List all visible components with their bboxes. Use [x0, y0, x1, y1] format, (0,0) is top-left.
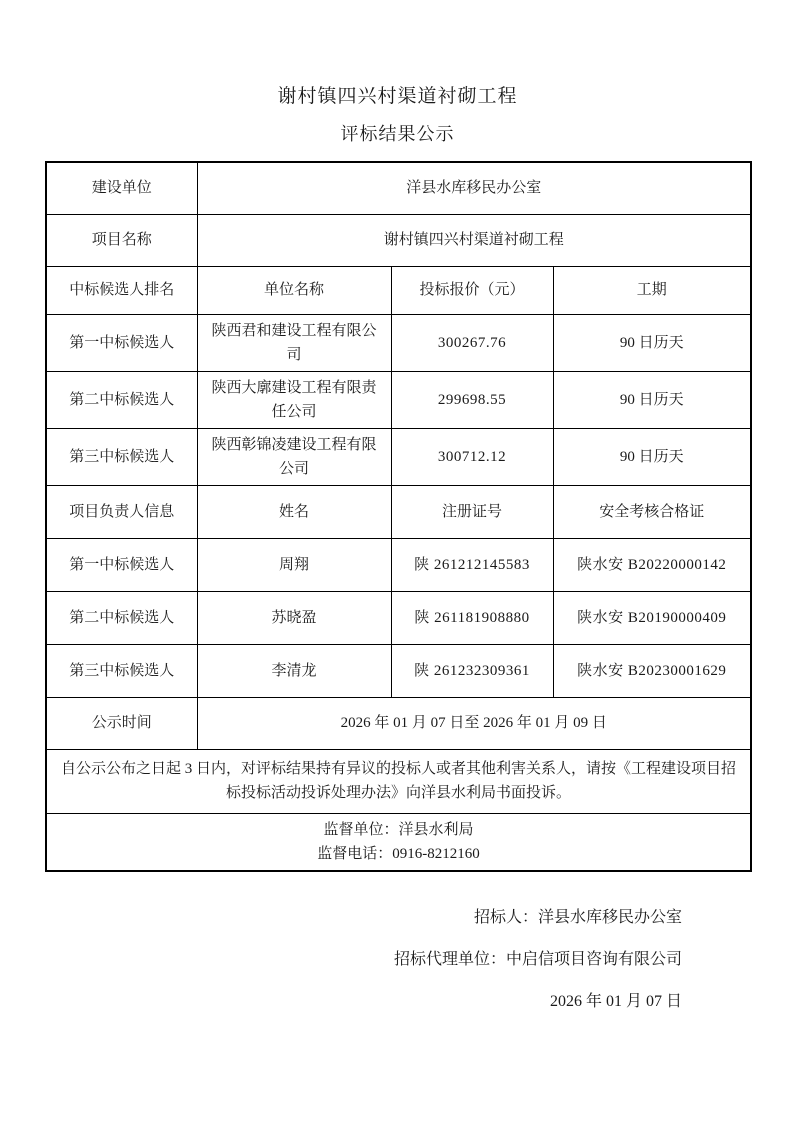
publicity-row: 公示时间 2026 年 01 月 07 日至 2026 年 01 月 09 日: [46, 697, 751, 749]
bid-company: 陕西君和建设工程有限公司: [197, 314, 391, 371]
manager-name: 周翔: [197, 538, 391, 591]
manager-header-row: 项目负责人信息 姓名 注册证号 安全考核合格证: [46, 485, 751, 538]
bid-header-duration: 工期: [553, 266, 751, 314]
bid-price: 300267.76: [391, 314, 553, 371]
bid-header-rank: 中标候选人排名: [46, 266, 197, 314]
manager-safety-cert: 陕水安 B20220000142: [553, 538, 751, 591]
manager-regno: 陕 261212145583: [391, 538, 553, 591]
manager-name: 苏晓盈: [197, 591, 391, 644]
table-row: 建设单位 洋县水库移民办公室: [46, 162, 751, 214]
agency-line: 招标代理单位：中启信项目咨询有限公司: [45, 950, 682, 970]
supervision-row: 监督单位：洋县水利局 监督电话：0916-8212160: [46, 813, 751, 871]
manager-header-name: 姓名: [197, 485, 391, 538]
bid-duration: 90 日历天: [553, 371, 751, 428]
manager-row-3: 第三中标候选人 李清龙 陕 261232309361 陕水安 B20230001…: [46, 644, 751, 697]
complaint-note: 自公示公布之日起 3 日内，对评标结果持有异议的投标人或者其他利害关系人，请按《…: [46, 749, 751, 813]
manager-name: 李清龙: [197, 644, 391, 697]
manager-rank: 第二中标候选人: [46, 591, 197, 644]
bid-company: 陕西彰锦凌建设工程有限公司: [197, 428, 391, 485]
bid-rank: 第二中标候选人: [46, 371, 197, 428]
manager-header-safety: 安全考核合格证: [553, 485, 751, 538]
bid-price: 299698.55: [391, 371, 553, 428]
bid-price: 300712.12: [391, 428, 553, 485]
table-row: 项目名称 谢村镇四兴村渠道衬砌工程: [46, 214, 751, 266]
document-subtitle: 评标结果公示: [45, 124, 750, 145]
complaint-note-row: 自公示公布之日起 3 日内，对评标结果持有异议的投标人或者其他利害关系人，请按《…: [46, 749, 751, 813]
document-page: 谢村镇四兴村渠道衬砌工程 评标结果公示 建设单位 洋县水库移民办公室 项目名称 …: [0, 0, 793, 1122]
publicity-value: 2026 年 01 月 07 日至 2026 年 01 月 09 日: [197, 697, 751, 749]
bid-row-2: 第二中标候选人 陕西大廓建设工程有限责任公司 299698.55 90 日历天: [46, 371, 751, 428]
manager-header-regno: 注册证号: [391, 485, 553, 538]
manager-regno: 陕 261232309361: [391, 644, 553, 697]
bid-rank: 第三中标候选人: [46, 428, 197, 485]
manager-rank: 第三中标候选人: [46, 644, 197, 697]
supervision-unit: 监督单位：洋县水利局: [55, 818, 742, 842]
bid-header-row: 中标候选人排名 单位名称 投标报价（元） 工期: [46, 266, 751, 314]
publicity-label: 公示时间: [46, 697, 197, 749]
manager-regno: 陕 261181908880: [391, 591, 553, 644]
project-name-value: 谢村镇四兴村渠道衬砌工程: [197, 214, 751, 266]
manager-row-1: 第一中标候选人 周翔 陕 261212145583 陕水安 B202200001…: [46, 538, 751, 591]
manager-safety-cert: 陕水安 B20190000409: [553, 591, 751, 644]
date-line: 2026 年 01 月 07 日: [45, 992, 682, 1012]
signature-block: 招标人：洋县水库移民办公室 招标代理单位：中启信项目咨询有限公司 2026 年 …: [45, 908, 750, 1012]
construction-unit-label: 建设单位: [46, 162, 197, 214]
project-name-label: 项目名称: [46, 214, 197, 266]
evaluation-result-table: 建设单位 洋县水库移民办公室 项目名称 谢村镇四兴村渠道衬砌工程 中标候选人排名…: [45, 161, 752, 872]
bid-duration: 90 日历天: [553, 314, 751, 371]
bid-rank: 第一中标候选人: [46, 314, 197, 371]
manager-header-info: 项目负责人信息: [46, 485, 197, 538]
bid-row-3: 第三中标候选人 陕西彰锦凌建设工程有限公司 300712.12 90 日历天: [46, 428, 751, 485]
tenderer-line: 招标人：洋县水库移民办公室: [45, 908, 682, 928]
document-title: 谢村镇四兴村渠道衬砌工程: [45, 86, 750, 108]
bid-duration: 90 日历天: [553, 428, 751, 485]
bid-header-price: 投标报价（元）: [391, 266, 553, 314]
bid-company: 陕西大廓建设工程有限责任公司: [197, 371, 391, 428]
bid-row-1: 第一中标候选人 陕西君和建设工程有限公司 300267.76 90 日历天: [46, 314, 751, 371]
bid-header-company: 单位名称: [197, 266, 391, 314]
manager-rank: 第一中标候选人: [46, 538, 197, 591]
supervision-phone: 监督电话：0916-8212160: [55, 842, 742, 866]
supervision-cell: 监督单位：洋县水利局 监督电话：0916-8212160: [46, 813, 751, 871]
construction-unit-value: 洋县水库移民办公室: [197, 162, 751, 214]
manager-safety-cert: 陕水安 B20230001629: [553, 644, 751, 697]
manager-row-2: 第二中标候选人 苏晓盈 陕 261181908880 陕水安 B20190000…: [46, 591, 751, 644]
